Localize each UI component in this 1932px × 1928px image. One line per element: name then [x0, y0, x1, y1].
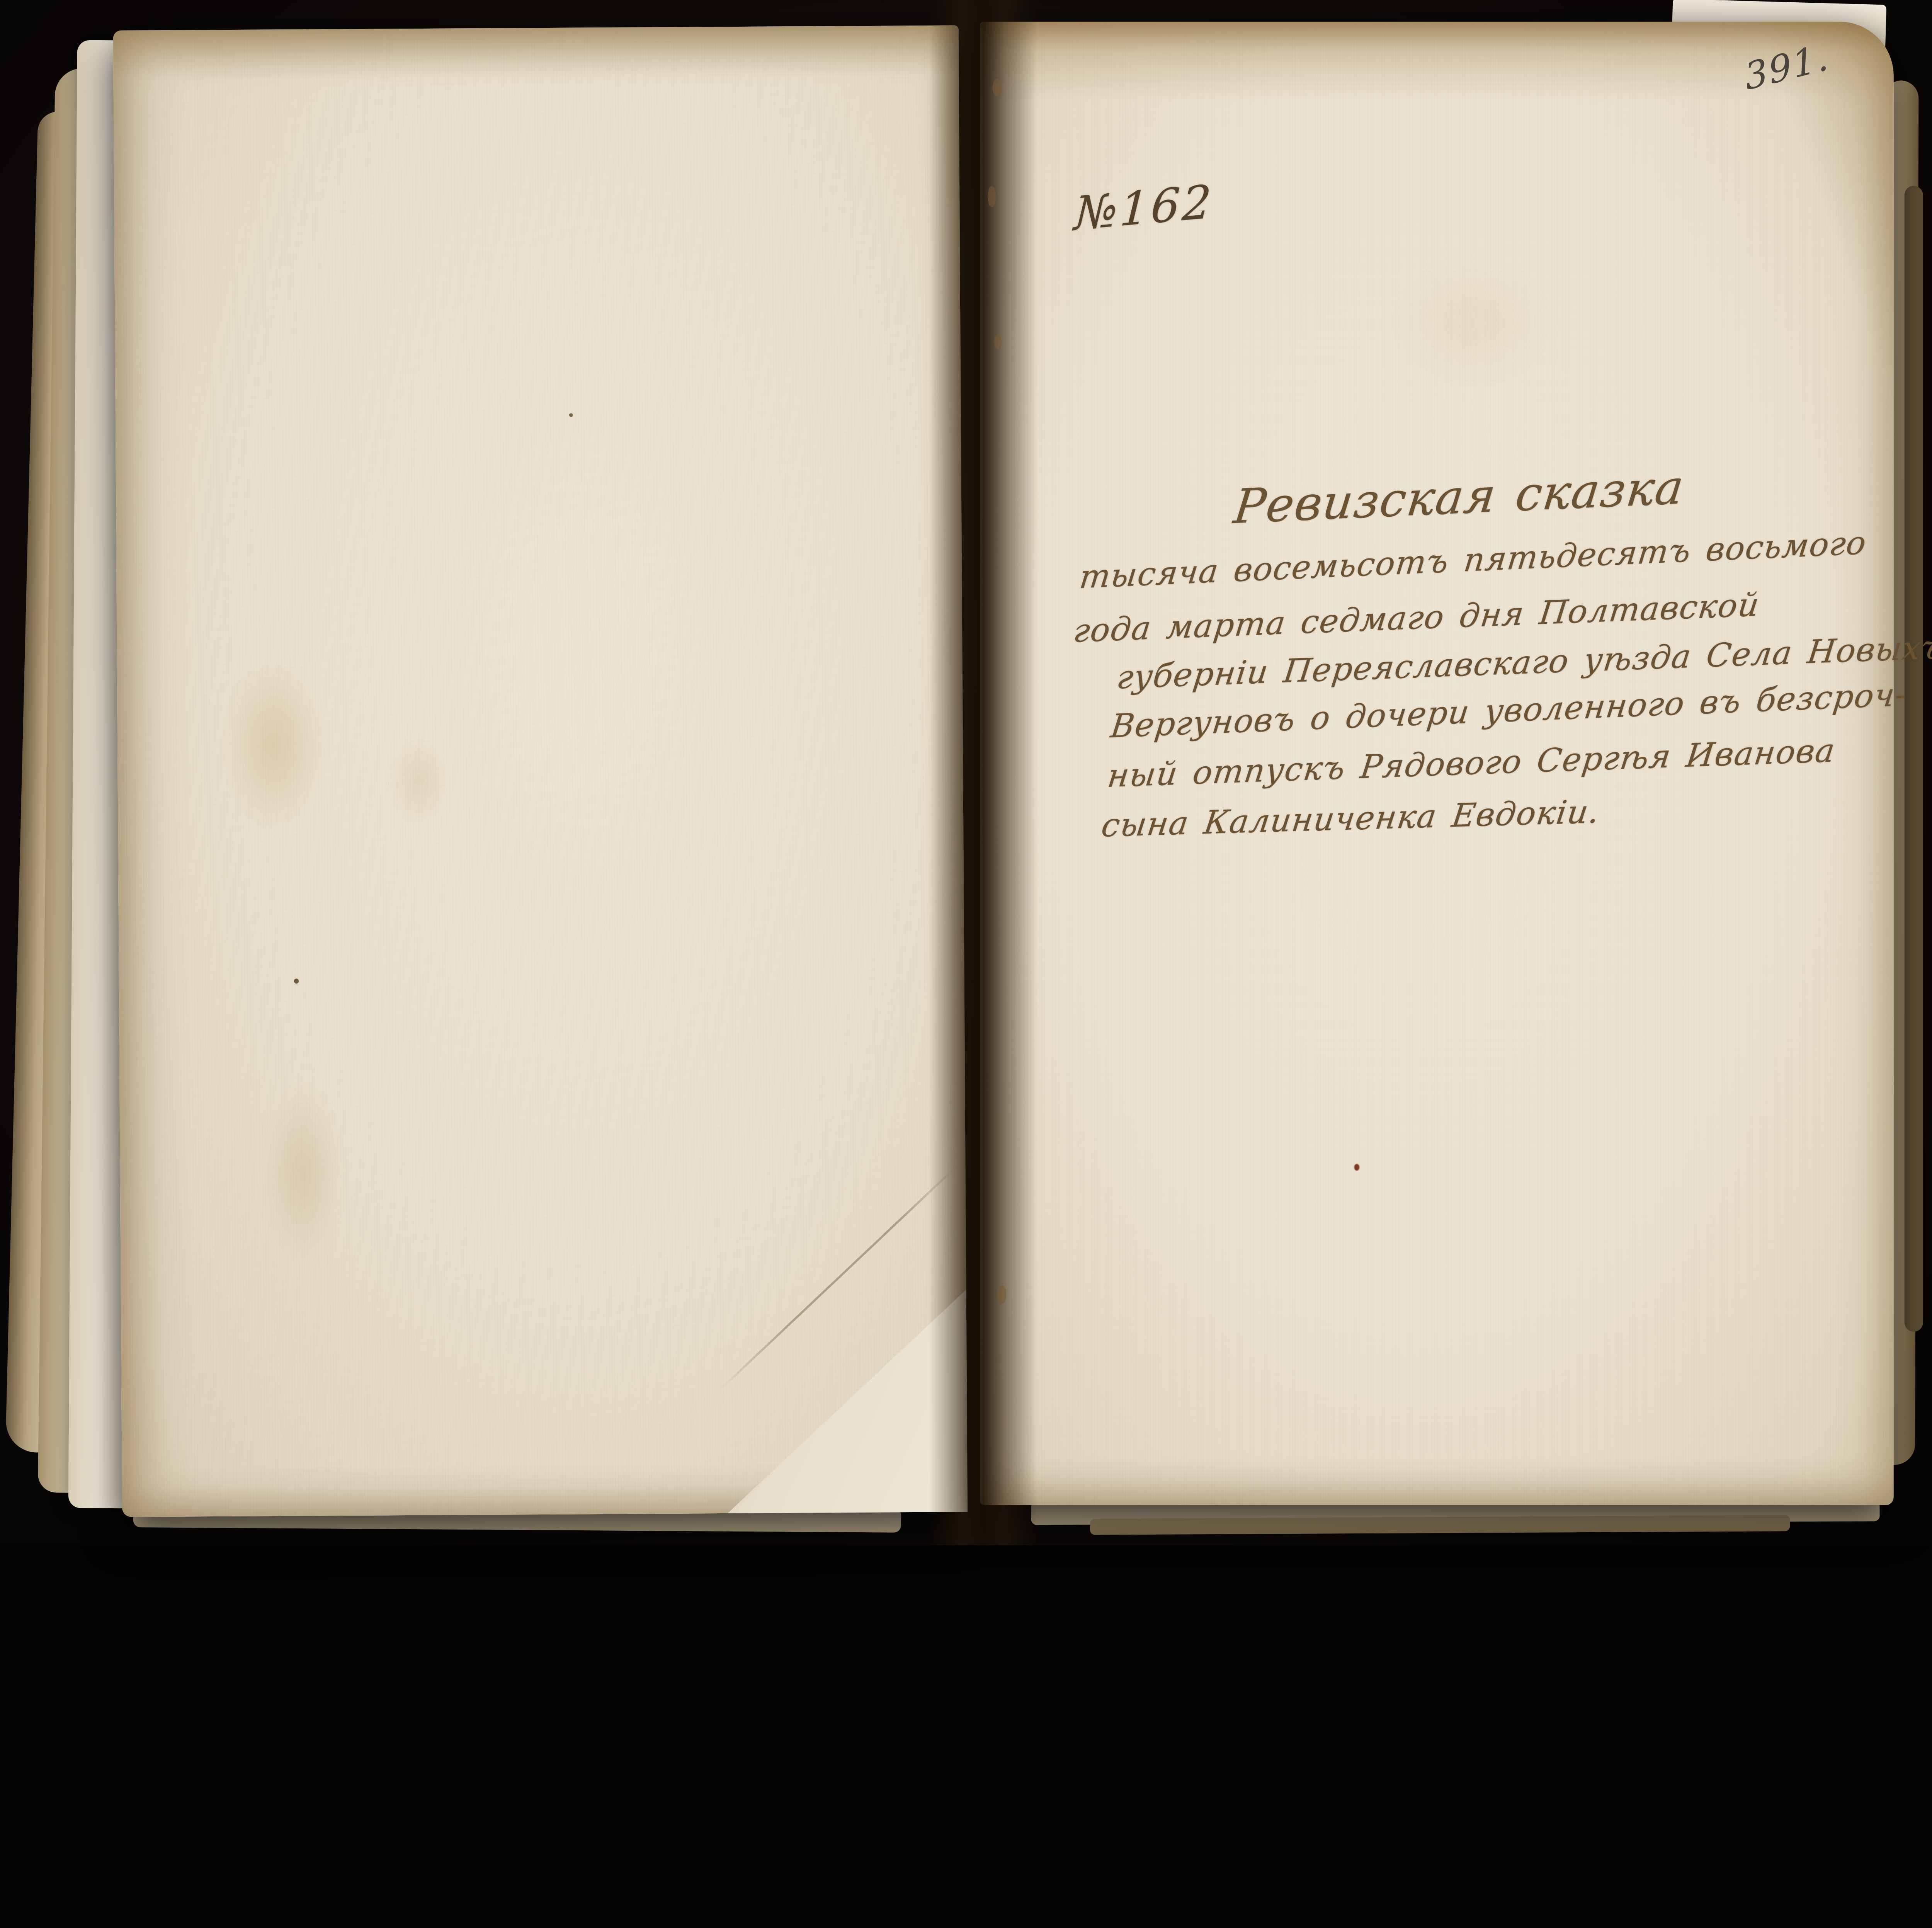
- speck: [569, 413, 573, 417]
- paper-texture: [113, 25, 968, 1517]
- handwriting-line: сына Калиниченка Евдокіи.: [1099, 792, 1602, 844]
- folio-number: 391.: [1742, 35, 1832, 99]
- right-page-stack-edge-dark: [1905, 186, 1923, 1332]
- left-page: [113, 25, 968, 1517]
- stain: [390, 738, 449, 825]
- ink-blot: [1354, 1164, 1360, 1171]
- stain: [222, 661, 325, 829]
- gutter-torn-speck: [997, 1285, 1007, 1304]
- book-scan-photo: 391. №162 Ревизская сказка тысяча восемь…: [0, 0, 1932, 1545]
- handwriting-line: тысяча восемьсотъ пятьдесятъ восьмого: [1078, 524, 1869, 596]
- handwriting-title-line: Ревизская сказка: [1231, 459, 1687, 534]
- gutter-torn-speck: [988, 186, 996, 208]
- speck: [294, 978, 299, 984]
- gutter-torn-speck: [994, 335, 1002, 349]
- right-page: 391. №162 Ревизская сказка тысяча восемь…: [980, 22, 1893, 1505]
- left-page-top-discoloration: [113, 25, 968, 1517]
- stain: [1392, 257, 1553, 387]
- left-page-corner-fold: [726, 1283, 968, 1513]
- stain: [262, 1082, 344, 1262]
- record-number: №162: [1073, 175, 1215, 240]
- right-page-bottom-stack-edge: [1090, 1515, 1790, 1535]
- gutter-torn-speck: [993, 79, 1002, 96]
